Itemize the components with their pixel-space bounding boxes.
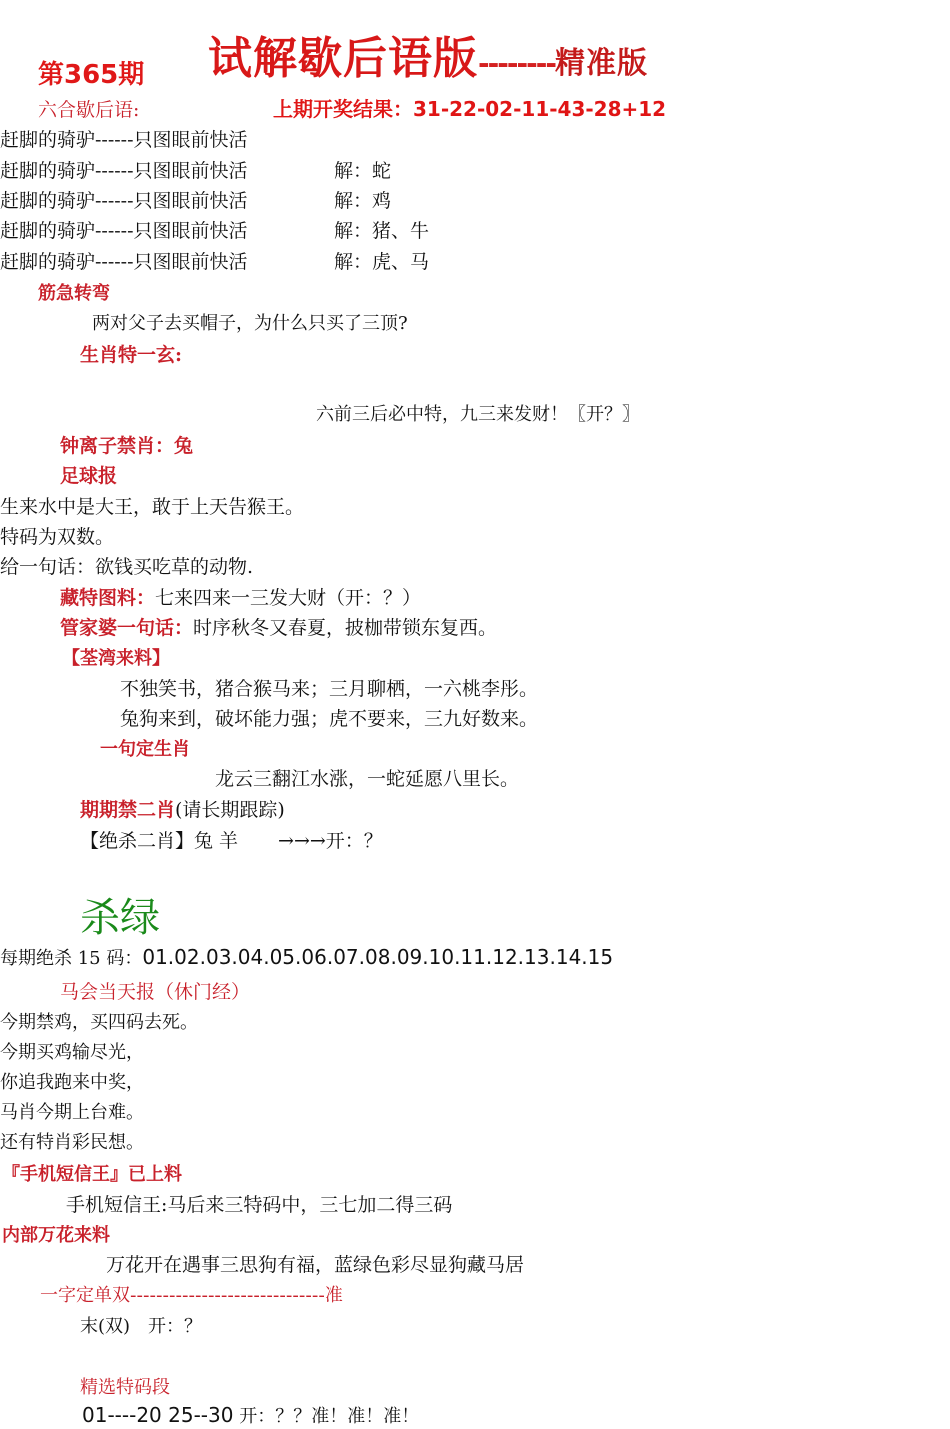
section-label-proverbs: 六合歇后语: [38,95,139,122]
proverb-answer: 解：鸡 [334,186,391,213]
one-sentence-text: 龙云三翻江水涨，一蛇延愿八里长。 [215,764,519,791]
jockey-line: 今期买鸡输尽光， [0,1038,144,1064]
kill-two: 【绝杀二肖】兔 羊→→→开：？ [80,826,383,853]
kill-two-label: 【绝杀二肖】兔 羊 [80,830,238,852]
proverb-row: 赶脚的骑驴------只图眼前快活 [0,186,248,213]
ban-two: 期期禁二肖(请长期跟踪) [80,795,285,822]
kill-two-arrows: →→→开：？ [278,830,383,852]
football-line: 特码为双数。 [0,522,114,549]
jockey-heading: 马会当天报（休门经） [60,977,250,1004]
hidden-chart-text: 七来四来一三发大财（开：？） [155,587,421,609]
ban-two-note: (请长期跟踪) [175,799,285,821]
hidden-chart-label: 藏特图料： [60,587,155,609]
jockey-line: 你追我跑来中奖， [0,1068,144,1094]
riddle-heading: 筋急转弯 [38,279,110,305]
last-result-label: 上期开奖结果： [273,97,413,121]
special-range-row: 01----20 25--30 开：？？准！准！准！ [82,1402,419,1428]
wanhua-heading: 内部万花来料 [2,1221,110,1247]
proverb-answer: 解：蛇 [334,156,391,183]
odd-even-dashes: ------------------------------ [130,1285,325,1306]
proverb-answer: 解：虎、马 [334,247,429,274]
proverb-row: 赶脚的骑驴------只图眼前快活 [0,216,248,243]
title-main: 试解歇后语版 [208,33,478,84]
zhongli-label: 钟离子禁肖：兔 [60,431,193,458]
proverb-row: 赶脚的骑驴------只图眼前快活 [0,156,248,183]
housekeeper: 管家婆一句话：时序秋冬又春夏，披枷带锁东复西。 [60,613,497,640]
kill-green-row: 每期绝杀 15 码：01.02.03.04.05.06.07.08.09.10.… [0,944,613,970]
kill-green-heading: 杀绿 [80,886,160,943]
odd-even-label: 一字定单双 [40,1285,130,1306]
proverb-text: 赶脚的骑驴------只图眼前快活 [0,190,248,212]
proverb-text: 赶脚的骑驴------只图眼前快活 [0,220,248,242]
proverb-text: 赶脚的骑驴------只图眼前快活 [0,129,248,151]
proverb-text: 赶脚的骑驴------只图眼前快活 [0,251,248,273]
one-sentence-heading: 一句定生肖 [100,735,190,761]
sms-king-heading: 『手机短信王』已上料 [2,1160,182,1186]
zodiac-hint-text: 六前三后必中特，九三来发财！〖开？〗 [316,400,640,426]
title-sub: 精准版 [555,46,648,81]
quanwan-line: 不独笑书，猪合猴马来；三月聊栖，一六桃李彤。 [120,674,538,701]
sms-king-text: 手机短信王:马后来三特码中，三七加二得三码 [66,1190,452,1217]
special-range-suffix: 开：？？准！准！准！ [233,1406,419,1427]
riddle-question: 两对父子去买帽子，为什么只买了三顶? [92,309,408,335]
quanwan-heading: 【荃湾来料】 [62,644,170,670]
proverb-text: 赶脚的骑驴------只图眼前快活 [0,160,248,182]
housekeeper-label: 管家婆一句话： [60,617,193,639]
ban-two-heading: 期期禁二肖 [80,799,175,821]
issue-number: 第365期 [38,54,144,91]
zodiac-hint-heading: 生肖特一玄: [80,340,182,367]
football-heading: 足球报 [60,461,117,488]
jockey-line: 马肖今期上台难。 [0,1098,144,1124]
kill-green-numbers: 01.02.03.04.05.06.07.08.09.10.11.12.13.1… [142,945,613,969]
housekeeper-text: 时序秋冬又春夏，披枷带锁东复西。 [193,617,497,639]
quanwan-line: 兔狗来到，破坏能力强；虎不要来，三九好数来。 [120,704,538,731]
jockey-line: 今期禁鸡，买四码去死。 [0,1008,198,1034]
hidden-chart: 藏特图料：七来四来一三发大财（开：？） [60,583,421,610]
last-result: 上期开奖结果：31-22-02-11-43-28+12 [273,93,666,122]
title-dash: -------- [478,47,555,80]
proverb-answer: 解：猪、牛 [334,216,429,243]
kill-green-label: 每期绝杀 15 码： [0,948,142,969]
last-result-value: 31-22-02-11-43-28+12 [413,97,666,121]
wanhua-text: 万花开在遇事三思狗有福，蓝绿色彩尽显狗藏马居 [106,1250,524,1277]
odd-even-text: 末(双) 开：？ [80,1312,202,1338]
proverb-row: 赶脚的骑驴------只图眼前快活 [0,247,248,274]
page-title: 试解歇后语版--------精准版 [208,22,648,86]
football-line: 生来水中是大王，敢于上天告猴王。 [0,492,304,519]
special-range-heading: 精选特码段 [80,1373,170,1399]
jockey-line: 还有特肖彩民想。 [0,1128,144,1154]
football-line: 给一句话：欲钱买吃草的动物. [0,552,253,579]
proverb-row: 赶脚的骑驴------只图眼前快活 [0,125,248,152]
odd-even-heading: 一字定单双------------------------------准 [40,1281,343,1307]
odd-even-tail: 准 [325,1285,343,1306]
special-range-value: 01----20 25--30 [82,1403,233,1427]
